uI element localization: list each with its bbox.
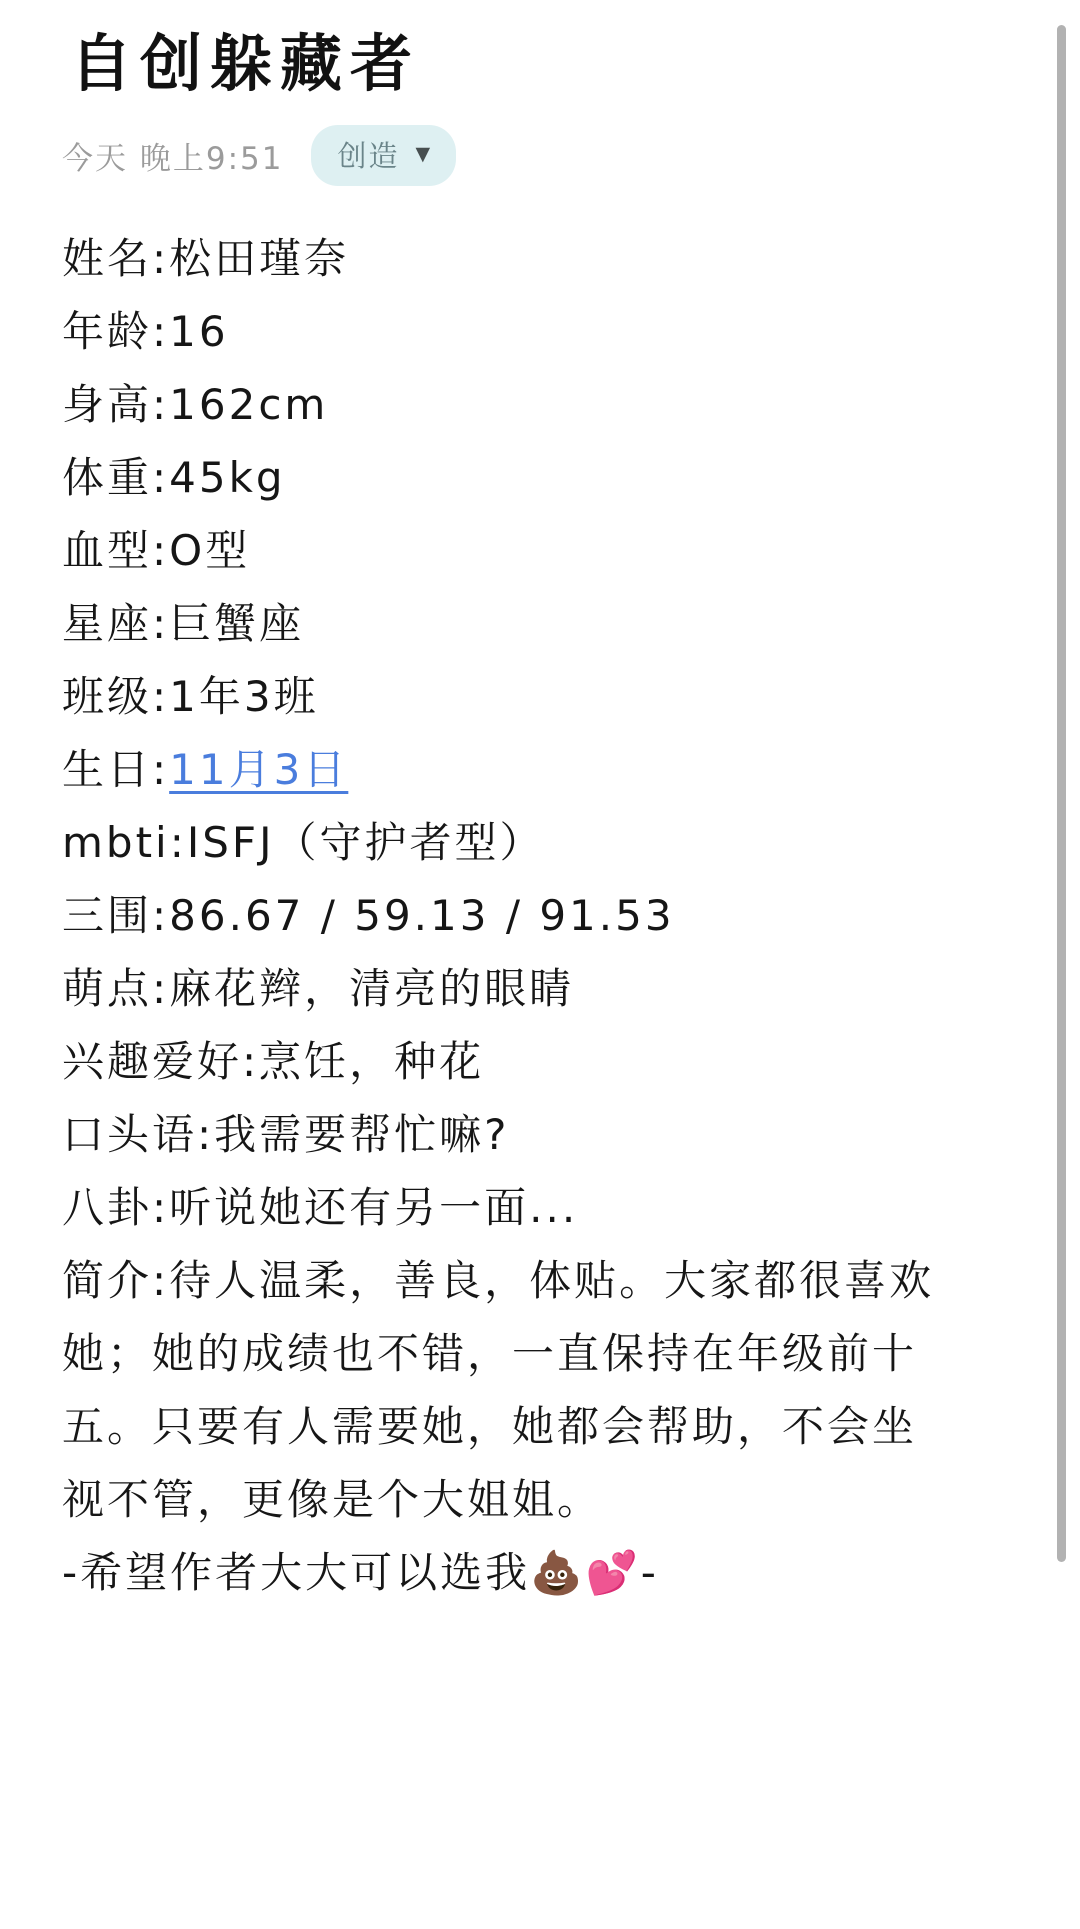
profile-measurements: 三围:86.67 / 59.13 / 91.53 bbox=[62, 879, 1040, 952]
profile-zodiac: 星座:巨蟹座 bbox=[62, 587, 1040, 660]
meta-row: 今天 晚上9:51 创造 ▼ bbox=[62, 125, 1080, 186]
profile-gossip: 八卦:听说她还有另一面... bbox=[62, 1171, 1040, 1244]
profile-weight: 体重:45kg bbox=[62, 441, 1040, 514]
profile-catchphrase: 口头语:我需要帮忙嘛? bbox=[62, 1098, 1040, 1171]
note-timestamp: 今天 晚上9:51 bbox=[62, 133, 283, 178]
profile-bio-line-1: 简介:待人温柔，善良，体贴。大家都很喜欢 bbox=[62, 1244, 1040, 1317]
profile-birthday-label: 生日: bbox=[62, 745, 169, 794]
profile-mbti: mbti:ISFJ（守护者型） bbox=[62, 806, 1040, 879]
birthday-link[interactable]: 11月3日 bbox=[169, 745, 348, 794]
category-tag-label: 创造 bbox=[337, 134, 399, 175]
chevron-down-icon: ▼ bbox=[415, 145, 432, 164]
note-page: 自创躲藏者 今天 晚上9:51 创造 ▼ 姓名:松田瑾奈 年龄:16 身高:16… bbox=[0, 0, 1080, 1929]
category-tag-button[interactable]: 创造 ▼ bbox=[311, 125, 456, 186]
profile-height: 身高:162cm bbox=[62, 368, 1040, 441]
profile-class: 班级:1年3班 bbox=[62, 660, 1040, 733]
page-title: 自创躲藏者 bbox=[0, 0, 1080, 105]
profile-bio-line-3: 五。只要有人需要她，她都会帮助，不会坐 bbox=[62, 1390, 1040, 1463]
closing-line: -希望作者大大可以选我💩💕- bbox=[62, 1536, 1040, 1609]
profile-blood-type: 血型:O型 bbox=[62, 514, 1040, 587]
profile-bio-line-4: 视不管，更像是个大姐姐。 bbox=[62, 1463, 1040, 1536]
profile-birthday: 生日:11月3日 bbox=[62, 733, 1040, 806]
note-body: 姓名:松田瑾奈 年龄:16 身高:162cm 体重:45kg 血型:O型 星座:… bbox=[62, 222, 1040, 1609]
scrollbar[interactable] bbox=[1057, 25, 1066, 1562]
profile-name: 姓名:松田瑾奈 bbox=[62, 222, 1040, 295]
profile-bio-line-2: 她；她的成绩也不错，一直保持在年级前十 bbox=[62, 1317, 1040, 1390]
profile-hobbies: 兴趣爱好:烹饪，种花 bbox=[62, 1025, 1040, 1098]
profile-moe-points: 萌点:麻花辫，清亮的眼睛 bbox=[62, 952, 1040, 1025]
profile-age: 年龄:16 bbox=[62, 295, 1040, 368]
